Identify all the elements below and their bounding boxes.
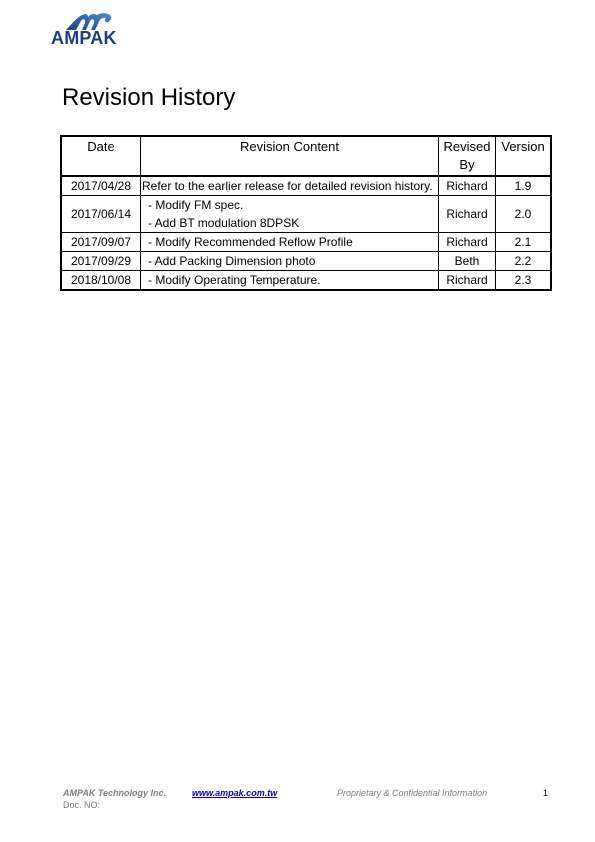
footer-website-link[interactable]: www.ampak.com.tw [192, 788, 277, 798]
cell-content: - Modify FM spec. - Add BT modulation 8D… [141, 196, 439, 233]
table-row: 2017/09/07 - Modify Recommended Reflow P… [61, 233, 551, 252]
cell-content: - Add Packing Dimension photo [141, 252, 439, 271]
cell-version: 2.2 [496, 252, 552, 271]
cell-content-line: - Add BT modulation 8DPSK [148, 214, 438, 232]
cell-revised-by: Richard [439, 233, 496, 252]
page-title: Revision History [62, 84, 235, 112]
cell-date: 2017/09/29 [61, 252, 141, 271]
footer-confidential-notice: Proprietary & Confidential Information [337, 788, 487, 798]
table-row: 2017/09/29 - Add Packing Dimension photo… [61, 252, 551, 271]
cell-version: 1.9 [496, 176, 552, 196]
header-revised-by: Revised By [439, 136, 496, 176]
footer-doc-number: Doc. NO: [63, 800, 100, 810]
cell-version: 2.1 [496, 233, 552, 252]
cell-content-line: - Modify FM spec. [148, 196, 438, 214]
logo-wordmark: AMPAK [51, 29, 117, 47]
cell-version: 2.0 [496, 196, 552, 233]
cell-content: - Modify Recommended Reflow Profile [141, 233, 439, 252]
cell-date: 2018/10/08 [61, 271, 141, 291]
header-revised-by-line2: By [439, 156, 495, 174]
header-revised-by-line1: Revised [439, 138, 495, 156]
footer-company-name: AMPAK Technology Inc. [63, 788, 166, 798]
table-row: 2017/04/28 Refer to the earlier release … [61, 176, 551, 196]
revision-history-table: Date Revision Content Revised By Version… [60, 135, 552, 291]
table-row: 2017/06/14 - Modify FM spec. - Add BT mo… [61, 196, 551, 233]
cell-revised-by: Richard [439, 176, 496, 196]
cell-date: 2017/04/28 [61, 176, 141, 196]
table-row: 2018/10/08 - Modify Operating Temperatur… [61, 271, 551, 291]
footer-page-number: 1 [543, 788, 548, 798]
header-date: Date [61, 136, 141, 176]
cell-revised-by: Richard [439, 271, 496, 291]
header-version: Version [496, 136, 552, 176]
cell-content: Refer to the earlier release for detaile… [141, 176, 439, 196]
company-logo: AMPAK [50, 12, 124, 48]
cell-content: - Modify Operating Temperature. [141, 271, 439, 291]
cell-date: 2017/06/14 [61, 196, 141, 233]
cell-revised-by: Beth [439, 252, 496, 271]
cell-date: 2017/09/07 [61, 233, 141, 252]
cell-version: 2.3 [496, 271, 552, 291]
cell-revised-by: Richard [439, 196, 496, 233]
header-revision-content: Revision Content [141, 136, 439, 176]
table-header-row: Date Revision Content Revised By Version [61, 136, 551, 176]
